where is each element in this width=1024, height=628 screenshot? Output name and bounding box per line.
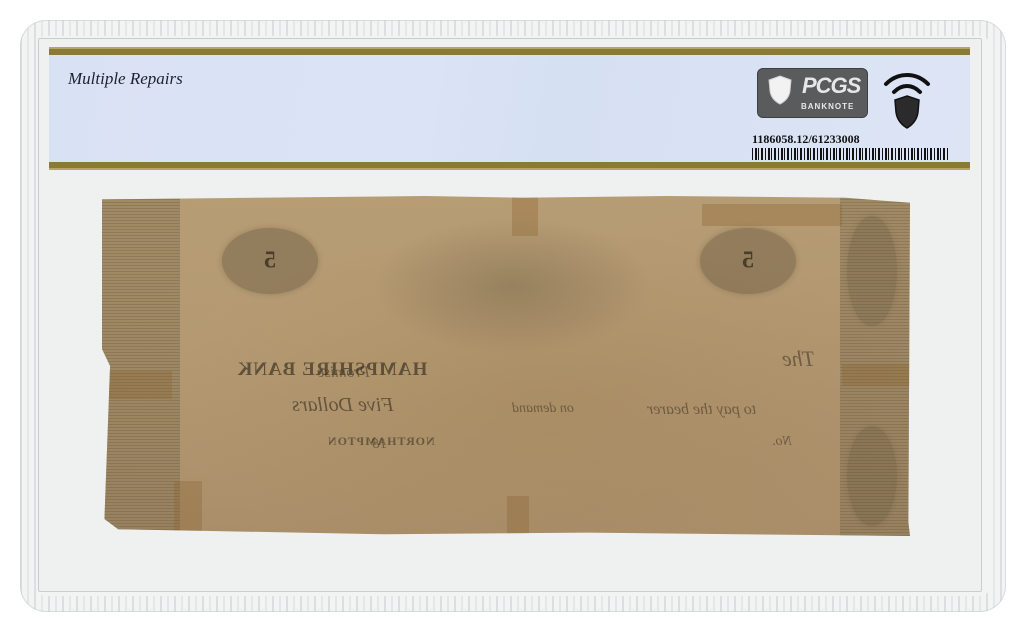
- script-pay-bearer: to pay the bearer: [647, 401, 756, 419]
- pcgs-banknote-logo: PCGS BANKNOTE: [757, 68, 868, 118]
- banknote: 5 5 HAMPSHIRE BANK Five Dollars NORTHAMP…: [102, 196, 910, 536]
- script-on-demand: on demand: [512, 401, 574, 417]
- denomination: Five Dollars: [292, 394, 394, 417]
- repair-tape-bottom-left: [174, 481, 202, 536]
- barcode: [752, 148, 950, 160]
- repair-tape-left: [102, 371, 172, 399]
- repair-tape-top: [512, 196, 538, 236]
- repair-tape-top-right: [702, 204, 842, 226]
- repair-tape-bottom-center: [507, 496, 529, 536]
- right-end-oval-top: [847, 216, 897, 326]
- repair-tape-right: [842, 364, 910, 386]
- script-promise: Promise: [317, 364, 370, 382]
- nfc-shield-icon: [882, 68, 932, 132]
- corner-oval-right: 5: [700, 228, 796, 294]
- label-gold-stripe-bottom: [49, 168, 970, 170]
- right-end-oval-bottom: [847, 426, 897, 526]
- script-number: No.: [772, 434, 792, 450]
- corner-oval-left: 5: [222, 228, 318, 294]
- left-end-panel: [102, 196, 180, 536]
- pcgs-wordmark: PCGS: [802, 73, 860, 99]
- script-the: The: [782, 346, 815, 372]
- banknote-wordmark: BANKNOTE: [801, 102, 854, 111]
- shield-icon: [768, 75, 792, 105]
- central-vignette: [372, 216, 652, 356]
- label-gold-stripe-top: [49, 47, 970, 49]
- script-date: 18: [372, 436, 387, 453]
- grade-comment: Multiple Repairs: [68, 69, 183, 89]
- cert-number: 1186058.12/61233008: [752, 132, 860, 147]
